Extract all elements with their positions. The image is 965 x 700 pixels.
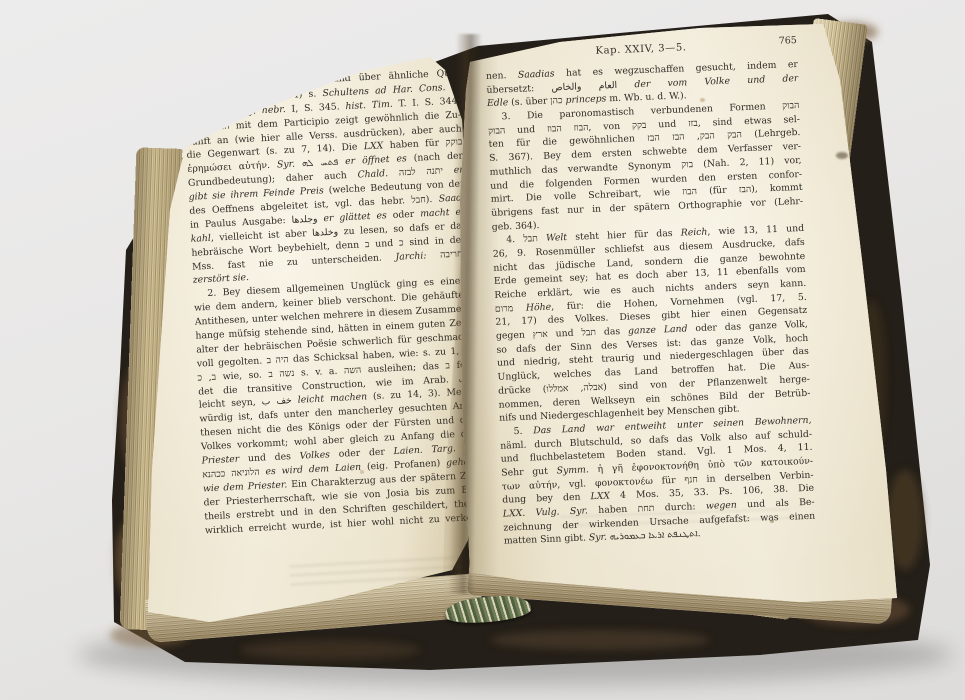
right-page-number: 765 (757, 35, 797, 48)
left-page-body: (vgl. سرق und مزع fliehen, und über ähnl… (183, 66, 481, 537)
photo-background: { "colors":{ "bg":"#e9e8e7","paper":"#ef… (0, 0, 965, 700)
right-running-title: Kap. XXIV, 3—5. (525, 40, 757, 60)
right-page-body: nen. Saadias hat es wegzuschaffen gesuch… (486, 58, 816, 549)
book-photo: 762 Kap. XXIV, 1. 2. (vgl. سرق und مزع f… (0, 0, 965, 700)
right-page-text: Kap. XXIV, 3—5. 765 nen. Saadias hat es … (485, 38, 816, 549)
right-page: Kap. XXIV, 3—5. 765 nen. Saadias hat es … (455, 20, 905, 610)
